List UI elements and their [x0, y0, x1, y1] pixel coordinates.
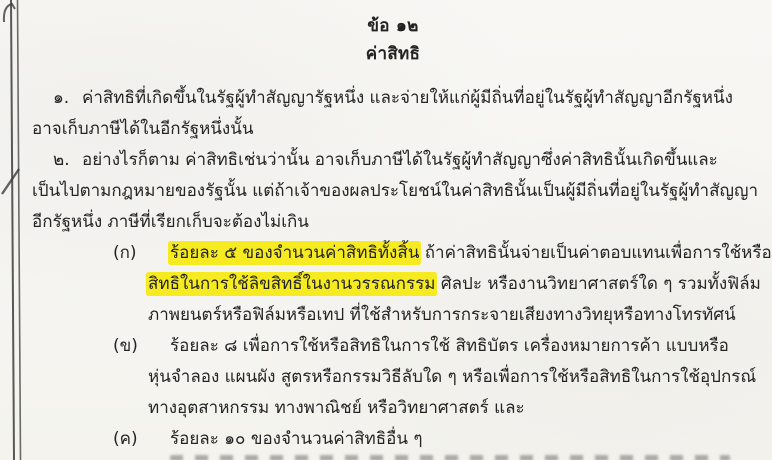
paragraph-2-line-3: อีกรัฐหนึ่ง ภาษีที่เรียกเก็บจะต้องไม่เกิ… [32, 207, 754, 238]
item-a-line-2-rest: ศิลปะ หรืองานวิทยาศาสตร์ใด ๆ รวมทั้งฟิล์… [435, 274, 760, 294]
article-number: ข้อ ๑๒ [32, 12, 754, 40]
document-body: ข้อ ๑๒ ค่าสิทธิ ๑.ค่าสิทธิที่เกิดขึ้นในร… [32, 0, 754, 455]
paragraph-1-text: ค่าสิทธิที่เกิดขึ้นในรัฐผู้ทำสัญญารัฐหนึ… [82, 88, 733, 108]
highlight-copyright-literary-works: สิทธิในการใช้ลิขสิทธิ์ในงานวรรณกรรม [148, 274, 435, 294]
paragraph-2-number: ๒. [53, 145, 82, 176]
cut-off-text-line [170, 455, 730, 460]
item-a-line-1-rest: ถ้าค่าสิทธินั้นจ่ายเป็นค่าตอบแทนเพื่อการ… [419, 243, 771, 263]
item-a-label: (ก) [113, 238, 170, 269]
article-text: ๑.ค่าสิทธิที่เกิดขึ้นในรัฐผู้ทำสัญญารัฐห… [32, 83, 754, 455]
margin-rule-left-inner [18, 0, 21, 460]
item-c-text: ร้อยละ ๑๐ ของจำนวนค่าสิทธิอื่น ๆ [170, 429, 423, 449]
item-b-label: (ข) [113, 331, 170, 362]
document-heading: ข้อ ๑๒ ค่าสิทธิ [32, 0, 754, 68]
paragraph-2-line-1: ๒.อย่างไรก็ตาม ค่าสิทธิเช่นว่านั้น อาจเก… [32, 145, 754, 176]
item-b-line-3: ทางอุตสาหกรรม ทางพาณิชย์ หรือวิทยาศาสตร์… [32, 393, 754, 424]
margin-rule-left-outer [11, 0, 14, 460]
item-b-line-1: (ข)ร้อยละ ๘ เพื่อการใช้หรือสิทธิในการใช้… [32, 331, 754, 362]
article-title: ค่าสิทธิ [32, 40, 754, 68]
item-a-line-3: ภาพยนตร์หรือฟิล์มหรือเทป ที่ใช้สำหรับการ… [32, 300, 754, 331]
item-a-line-1: (ก)ร้อยละ ๕ ของจำนวนค่าสิทธิทั้งสิ้น ถ้า… [32, 238, 754, 269]
item-c-line-1: (ค)ร้อยละ ๑๐ ของจำนวนค่าสิทธิอื่น ๆ [32, 424, 754, 455]
paragraph-1-line-2: อาจเก็บภาษีได้ในอีกรัฐหนึ่งนั้น [32, 114, 754, 145]
paragraph-2-text: อย่างไรก็ตาม ค่าสิทธิเช่นว่านั้น อาจเก็บ… [82, 150, 718, 170]
paragraph-1-line-1: ๑.ค่าสิทธิที่เกิดขึ้นในรัฐผู้ทำสัญญารัฐห… [32, 83, 754, 114]
item-c-label: (ค) [113, 424, 170, 455]
corner-hook-mark [4, 4, 15, 22]
item-b-text: ร้อยละ ๘ เพื่อการใช้หรือสิทธิในการใช้ สิ… [170, 336, 729, 356]
highlight-royalty-rate-5-percent: ร้อยละ ๕ ของจำนวนค่าสิทธิทั้งสิ้น [170, 243, 419, 263]
scanned-document-page: { "colors": { "paper": "#f7f6f2", "ink":… [0, 0, 772, 460]
item-b-line-2: หุ่นจำลอง แผนผัง สูตรหรือกรรมวิธีลับใด ๆ… [32, 362, 754, 393]
check-slash-mark [2, 169, 19, 194]
paragraph-1-number: ๑. [53, 83, 82, 114]
item-a-line-2: สิทธิในการใช้ลิขสิทธิ์ในงานวรรณกรรม ศิลป… [32, 269, 754, 300]
paragraph-2-line-2: เป็นไปตามกฎหมายของรัฐนั้น แต่ถ้าเจ้าของผ… [32, 176, 754, 207]
